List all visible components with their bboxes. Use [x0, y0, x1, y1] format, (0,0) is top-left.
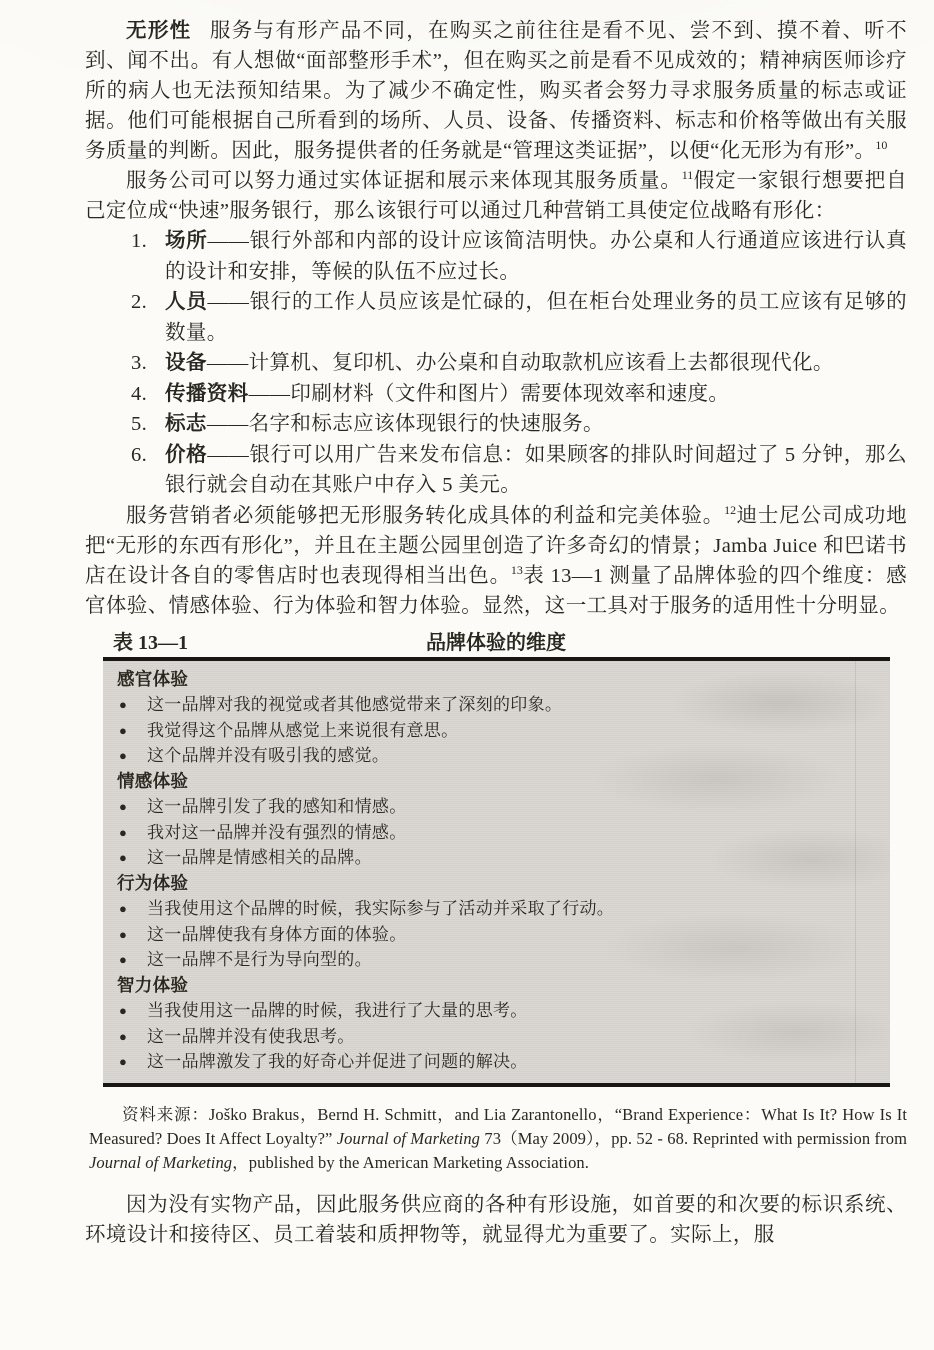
- item-term: 标志: [165, 413, 207, 435]
- bullet-icon: ●: [119, 922, 127, 948]
- table-row: ●这一品牌不是行为导向型的。: [117, 947, 876, 973]
- item-number: 4.: [131, 379, 147, 410]
- table-row: ●我对这一品牌并没有强烈的情感。: [117, 820, 876, 846]
- intangibility-term: 无形性: [126, 20, 191, 42]
- source-text-2: 73（May 2009），pp. 52 - 68. Reprinted with…: [480, 1129, 907, 1148]
- paragraph-bank-positioning: 服务公司可以努力通过实体证据和展示来体现其服务质量。11假定一家银行想要把自己定…: [85, 166, 907, 226]
- table-13-1: 表 13—1 品牌体验的维度 感官体验 ●这一品牌对我的视觉或者其他感觉带来了深…: [85, 630, 907, 1087]
- item-term: 价格: [165, 444, 207, 466]
- experience-text-1: 服务营销者必须能够把无形服务转化成具体的利益和完美体验。: [126, 505, 724, 527]
- table-row: ●这一品牌是情感相关的品牌。: [117, 845, 876, 871]
- section-title: 智力体验: [117, 973, 876, 999]
- row-text: 这一品牌使我有身体方面的体验。: [147, 925, 407, 944]
- section-title: 情感体验: [117, 769, 876, 795]
- table-header: 表 13—1 品牌体验的维度: [85, 630, 907, 657]
- row-text: 这一品牌不是行为导向型的。: [147, 950, 372, 969]
- item-term: 传播资料: [165, 383, 249, 405]
- table-bottom-rule: [103, 1083, 890, 1087]
- table-row: ●当我使用这个品牌的时候，我实际参与了活动并采取了行动。: [117, 896, 876, 922]
- list-item-price: 6.价格——银行可以用广告来发布信息：如果顾客的排队时间超过了 5 分钟，那么银…: [85, 440, 907, 501]
- text-column: 无形性服务与有形产品不同，在购买之前往往是看不见、尝不到、摸不着、听不到、闻不出…: [85, 16, 907, 1250]
- item-term: 设备: [165, 352, 207, 374]
- table-body: 感官体验 ●这一品牌对我的视觉或者其他感觉带来了深刻的印象。 ●我觉得这个品牌从…: [103, 661, 890, 1083]
- row-text: 这一品牌激发了我的好奇心并促进了问题的解决。: [147, 1052, 528, 1071]
- item-term: 人员: [165, 291, 207, 313]
- item-dash: ——: [249, 383, 291, 405]
- bullet-icon: ●: [119, 718, 127, 744]
- bullet-icon: ●: [119, 743, 127, 769]
- book-page: 无形性服务与有形产品不同，在购买之前往往是看不见、尝不到、摸不着、听不到、闻不出…: [0, 0, 934, 1350]
- bullet-icon: ●: [119, 1049, 127, 1075]
- section-title: 感官体验: [117, 667, 876, 693]
- row-text: 这一品牌并没有使我思考。: [147, 1027, 355, 1046]
- list-item-equipment: 3.设备——计算机、复印机、办公桌和自动取款机应该看上去都很现代化。: [85, 348, 907, 379]
- section-title: 行为体验: [117, 871, 876, 897]
- bullet-icon: ●: [119, 845, 127, 871]
- journal-title: Journal of Marketing: [89, 1153, 232, 1172]
- table-label: 表 13—1: [113, 630, 188, 657]
- bullet-icon: ●: [119, 820, 127, 846]
- item-text: 印刷材料（文件和图片）需要体现效率和速度。: [290, 383, 729, 405]
- item-dash: ——: [207, 444, 249, 466]
- row-text: 这一品牌引发了我的感知和情感。: [147, 797, 407, 816]
- bullet-icon: ●: [119, 998, 127, 1024]
- row-text: 这一品牌对我的视觉或者其他感觉带来了深刻的印象。: [147, 695, 562, 714]
- bullet-icon: ●: [119, 692, 127, 718]
- item-number: 6.: [131, 440, 147, 471]
- row-text: 当我使用这个品牌的时候，我实际参与了活动并采取了行动。: [147, 899, 614, 918]
- intangibility-text: 服务与有形产品不同，在购买之前往往是看不见、尝不到、摸不着、听不到、闻不出。有人…: [85, 20, 907, 162]
- source-label: 资料来源：: [122, 1105, 209, 1124]
- row-text: 我对这一品牌并没有强烈的情感。: [147, 823, 407, 842]
- paragraph-closing: 因为没有实物产品，因此服务供应商的各种有形设施，如首要的和次要的标识系统、环境设…: [85, 1190, 907, 1250]
- footnote-ref-13: 13: [511, 563, 523, 577]
- source-note: 资料来源：Joško Brakus，Bernd H. Schmitt，and L…: [89, 1103, 907, 1175]
- list-item-materials: 4.传播资料——印刷材料（文件和图片）需要体现效率和速度。: [85, 379, 907, 410]
- footnote-ref-12: 12: [724, 503, 736, 517]
- paragraph-intangibility: 无形性服务与有形产品不同，在购买之前往往是看不见、尝不到、摸不着、听不到、闻不出…: [85, 16, 907, 166]
- section-sensory: 感官体验 ●这一品牌对我的视觉或者其他感觉带来了深刻的印象。 ●我觉得这个品牌从…: [117, 667, 876, 769]
- item-number: 5.: [131, 409, 147, 440]
- table-row: ●这个品牌并没有吸引我的感觉。: [117, 743, 876, 769]
- row-text: 这个品牌并没有吸引我的感觉。: [147, 746, 389, 765]
- section-behavioral: 行为体验 ●当我使用这个品牌的时候，我实际参与了活动并采取了行动。 ●这一品牌使…: [117, 871, 876, 973]
- bullet-icon: ●: [119, 794, 127, 820]
- item-text: 银行外部和内部的设计应该简洁明快。办公桌和人行通道应该进行认真的设计和安排，等候…: [165, 230, 907, 283]
- item-text: 计算机、复印机、办公桌和自动取款机应该看上去都很现代化。: [249, 352, 834, 374]
- item-dash: ——: [207, 230, 249, 252]
- section-affective: 情感体验 ●这一品牌引发了我的感知和情感。 ●我对这一品牌并没有强烈的情感。 ●…: [117, 769, 876, 871]
- marketing-tools-list: 1.场所——银行外部和内部的设计应该简洁明快。办公桌和人行通道应该进行认真的设计…: [85, 226, 907, 501]
- item-number: 2.: [131, 287, 147, 318]
- paragraph-brand-experience: 服务营销者必须能够把无形服务转化成具体的利益和完美体验。12迪士尼公司成功地把“…: [85, 501, 907, 621]
- table-row: ●这一品牌并没有使我思考。: [117, 1024, 876, 1050]
- list-item-place: 1.场所——银行外部和内部的设计应该简洁明快。办公桌和人行通道应该进行认真的设计…: [85, 226, 907, 287]
- table-row: ●我觉得这个品牌从感觉上来说很有意思。: [117, 718, 876, 744]
- row-text: 我觉得这个品牌从感觉上来说很有意思。: [147, 721, 458, 740]
- bullet-icon: ●: [119, 896, 127, 922]
- table-row: ●这一品牌对我的视觉或者其他感觉带来了深刻的印象。: [117, 692, 876, 718]
- item-text: 银行的工作人员应该是忙碌的，但在柜台处理业务的员工应该有足够的数量。: [165, 291, 907, 344]
- item-dash: ——: [207, 413, 249, 435]
- item-text: 银行可以用广告来发布信息：如果顾客的排队时间超过了 5 分钟，那么银行就会自动在…: [165, 444, 907, 497]
- source-text-3: ，published by the American Marketing Ass…: [232, 1153, 589, 1172]
- item-term: 场所: [165, 230, 207, 252]
- footnote-ref-10: 10: [875, 138, 887, 152]
- bullet-icon: ●: [119, 1024, 127, 1050]
- bank-text-1: 服务公司可以努力通过实体证据和展示来体现其服务质量。: [126, 170, 682, 192]
- table-row: ●这一品牌激发了我的好奇心并促进了问题的解决。: [117, 1049, 876, 1075]
- table-row: ●这一品牌引发了我的感知和情感。: [117, 794, 876, 820]
- footnote-ref-11: 11: [682, 168, 694, 182]
- bullet-icon: ●: [119, 947, 127, 973]
- journal-title: Journal of Marketing: [337, 1129, 480, 1148]
- row-text: 这一品牌是情感相关的品牌。: [147, 848, 372, 867]
- item-dash: ——: [207, 352, 249, 374]
- table-row: ●这一品牌使我有身体方面的体验。: [117, 922, 876, 948]
- item-number: 1.: [131, 226, 147, 257]
- table-title: 品牌体验的维度: [426, 630, 566, 657]
- row-text: 当我使用这一品牌的时候，我进行了大量的思考。: [147, 1001, 528, 1020]
- item-text: 名字和标志应该体现银行的快速服务。: [249, 413, 604, 435]
- table-row: ●当我使用这一品牌的时候，我进行了大量的思考。: [117, 998, 876, 1024]
- item-dash: ——: [207, 291, 249, 313]
- item-number: 3.: [131, 348, 147, 379]
- list-item-people: 2.人员——银行的工作人员应该是忙碌的，但在柜台处理业务的员工应该有足够的数量。: [85, 287, 907, 348]
- list-item-symbols: 5.标志——名字和标志应该体现银行的快速服务。: [85, 409, 907, 440]
- section-intellectual: 智力体验 ●当我使用这一品牌的时候，我进行了大量的思考。 ●这一品牌并没有使我思…: [117, 973, 876, 1075]
